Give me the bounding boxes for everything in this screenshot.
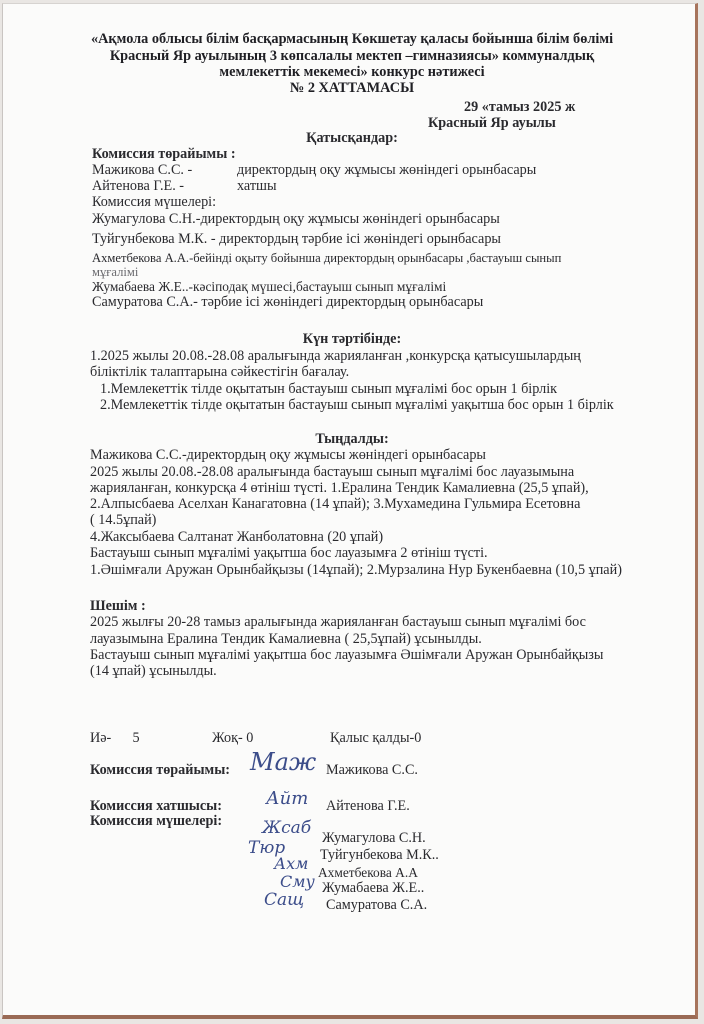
secretary-signature: Айт bbox=[266, 788, 308, 809]
vote-no: Жоқ- 0 bbox=[212, 730, 253, 747]
agenda-line: 1.2025 жылы 20.08.-28.08 аралығында жари… bbox=[90, 348, 581, 365]
sign-secretary-name: Айтенова Г.Е. bbox=[326, 798, 410, 815]
chair-signature: Маж bbox=[250, 748, 316, 776]
member-line: Жумабаева Ж.Е..-кәсіподақ мүшесі,бастауы… bbox=[92, 278, 446, 295]
chair-name: Мажикова С.С. - bbox=[92, 162, 192, 179]
header-line-1: «Ақмола облысы білім басқармасының Көкше… bbox=[0, 31, 704, 48]
decision-line: (14 ұпай) ұсынылды. bbox=[90, 663, 217, 680]
header-line-3: мемлекеттік мекемесі» конкурс нәтижесі bbox=[0, 64, 704, 81]
decision-title: Шешім : bbox=[90, 598, 146, 615]
member-signature: Ахм bbox=[274, 854, 308, 873]
member-line: Ахметбекова А.А.-бейінді оқыту бойынша д… bbox=[92, 250, 561, 267]
member-line: Самуратова С.А.- тәрбие ісі жөніндегі ди… bbox=[92, 294, 483, 311]
member-line: Туйгунбекова М.К. - директордың тәрбие і… bbox=[92, 231, 501, 248]
member-signature: Сащ bbox=[264, 890, 304, 910]
protocol-title: № 2 ХАТТАМАСЫ bbox=[0, 80, 704, 97]
sign-member-name: Жумагулова С.Н. bbox=[322, 830, 426, 847]
heard-line: 1.Әшімғали Аружан Орынбайқызы (14ұпай); … bbox=[90, 562, 622, 579]
vote-yes: Иә- 5 bbox=[90, 730, 140, 747]
sign-members-label: Комиссия мүшелері: bbox=[90, 813, 222, 830]
member-signature: Жсаб bbox=[262, 818, 311, 838]
member-line: Жумагулова С.Н.-директордың оқу жұмысы ж… bbox=[92, 211, 500, 228]
header-line-2: Красный Яр ауылының 3 көпсалалы мектеп –… bbox=[0, 48, 704, 65]
sign-chair-name: Мажикова С.С. bbox=[326, 762, 418, 779]
protocol-date: 29 «тамыз 2025 ж bbox=[464, 99, 575, 116]
chair-label: Комиссия төрайымы : bbox=[92, 146, 236, 163]
heard-line: ( 14.5ұпай) bbox=[90, 512, 156, 529]
heard-line: Мажикова С.С.-директордың оқу жұмысы жөн… bbox=[90, 447, 486, 464]
agenda-item-2: 2.Мемлекеттік тілде оқытатын бастауыш сы… bbox=[100, 397, 614, 414]
member-signature: Сму bbox=[280, 872, 315, 891]
decision-line: 2025 жылғы 20-28 тамыз аралығында жариял… bbox=[90, 614, 586, 631]
decision-line: Бастауыш сынып мұғалімі уақытша бос лауа… bbox=[90, 647, 603, 664]
sign-member-name: Ахметбекова А.А bbox=[318, 864, 418, 881]
sign-member-name: Самуратова С.А. bbox=[326, 897, 427, 914]
secretary-role: хатшы bbox=[237, 178, 277, 195]
sign-member-name: Жумабаева Ж.Е.. bbox=[322, 880, 424, 897]
heard-line: 4.Жаксыбаева Салтанат Жанболатовна (20 ұ… bbox=[90, 529, 383, 546]
sign-member-name: Туйгунбекова М.К.. bbox=[320, 847, 439, 864]
sign-chair-label: Комиссия төрайымы: bbox=[90, 762, 230, 779]
agenda-item-1: 1.Мемлекеттік тілде оқытатын бастауыш сы… bbox=[100, 381, 557, 398]
chair-role: директордың оқу жұмысы жөніндегі орынбас… bbox=[237, 162, 536, 179]
agenda-title: Күн тәртібінде: bbox=[0, 331, 704, 348]
decision-line: лауазымына Ералина Тендик Камалиевна ( 2… bbox=[90, 631, 482, 648]
agenda-line: біліктілік талаптарына сәйкестігін бағал… bbox=[90, 364, 349, 381]
heard-line: 2.Алпысбаева Аселхан Канагатовна (14 ұпа… bbox=[90, 496, 580, 513]
secretary-name: Айтенова Г.Е. - bbox=[92, 178, 184, 195]
members-label: Комиссия мүшелері: bbox=[92, 194, 216, 211]
heard-line: жарияланған, конкурсқа 4 өтініш түсті. 1… bbox=[90, 480, 589, 497]
heard-line: Бастауыш сынып мұғалімі уақытша бос лауа… bbox=[90, 545, 488, 562]
vote-abstain: Қалыс қалды-0 bbox=[330, 730, 421, 747]
heard-title: Тыңдалды: bbox=[0, 431, 704, 448]
participants-title: Қатысқандар: bbox=[0, 130, 704, 147]
heard-line: 2025 жылы 20.08.-28.08 аралығында бастау… bbox=[90, 464, 574, 481]
